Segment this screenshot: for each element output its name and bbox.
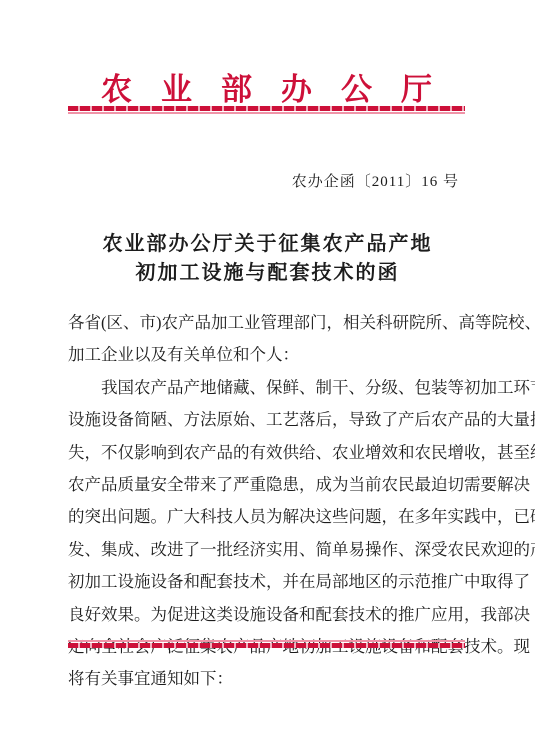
document-page: 农业部办公厅 农办企函〔2011〕16 号 农业部办公厅关于征集农产品产地 初加… [0,0,535,738]
letterhead-title: 农业部办公厅 [68,64,465,109]
document-title-line1: 农业部办公厅关于征集农产品产地 [0,230,535,259]
body-line: 各省(区、市)农产品加工业管理部门，相关科研院所、高等院校、 [68,307,466,339]
body-line: 加工企业以及有关单位和个人： [68,339,466,371]
doc-number: 农办企函〔2011〕16 号 [292,170,459,191]
footer-rule [68,640,465,648]
document-body: 各省(区、市)农产品加工业管理部门，相关科研院所、高等院校、 加工企业以及有关单… [68,307,466,696]
body-line: 农产品质量安全带来了严重隐患，成为当前农民最迫切需要解决 [68,469,466,501]
body-line: 良好效果。为促进这类设施设备和配套技术的推广应用，我部决 [68,599,466,631]
document-title-line2: 初加工设施与配套技术的函 [0,259,535,288]
footer-rule-thin [68,640,465,642]
body-line: 我国农产品产地储藏、保鲜、制干、分级、包装等初加工环节的 [68,372,466,404]
body-line: 将有关事宜通知如下： [68,663,466,695]
body-line: 设施设备简陋、方法原始、工艺落后，导致了产后农产品的大量损 [68,404,466,436]
footer-rule-thick [68,643,465,648]
document-title: 农业部办公厅关于征集农产品产地 初加工设施与配套技术的函 [0,230,535,288]
body-line: 失，不仅影响到农产品的有效供给、农业增效和农民增收，甚至给 [68,437,466,469]
letterhead-rule [68,106,465,114]
letterhead-rule-thin [68,112,465,114]
body-line: 初加工设施设备和配套技术，并在局部地区的示范推广中取得了 [68,566,466,598]
body-line: 发、集成、改进了一批经济实用、简单易操作、深受农民欢迎的产地 [68,534,466,566]
letterhead-rule-thick [68,106,465,111]
body-line: 的突出问题。广大科技人员为解决这些问题，在多年实践中，已研 [68,501,466,533]
letterhead-title-text: 农业部办公厅 [101,64,461,109]
